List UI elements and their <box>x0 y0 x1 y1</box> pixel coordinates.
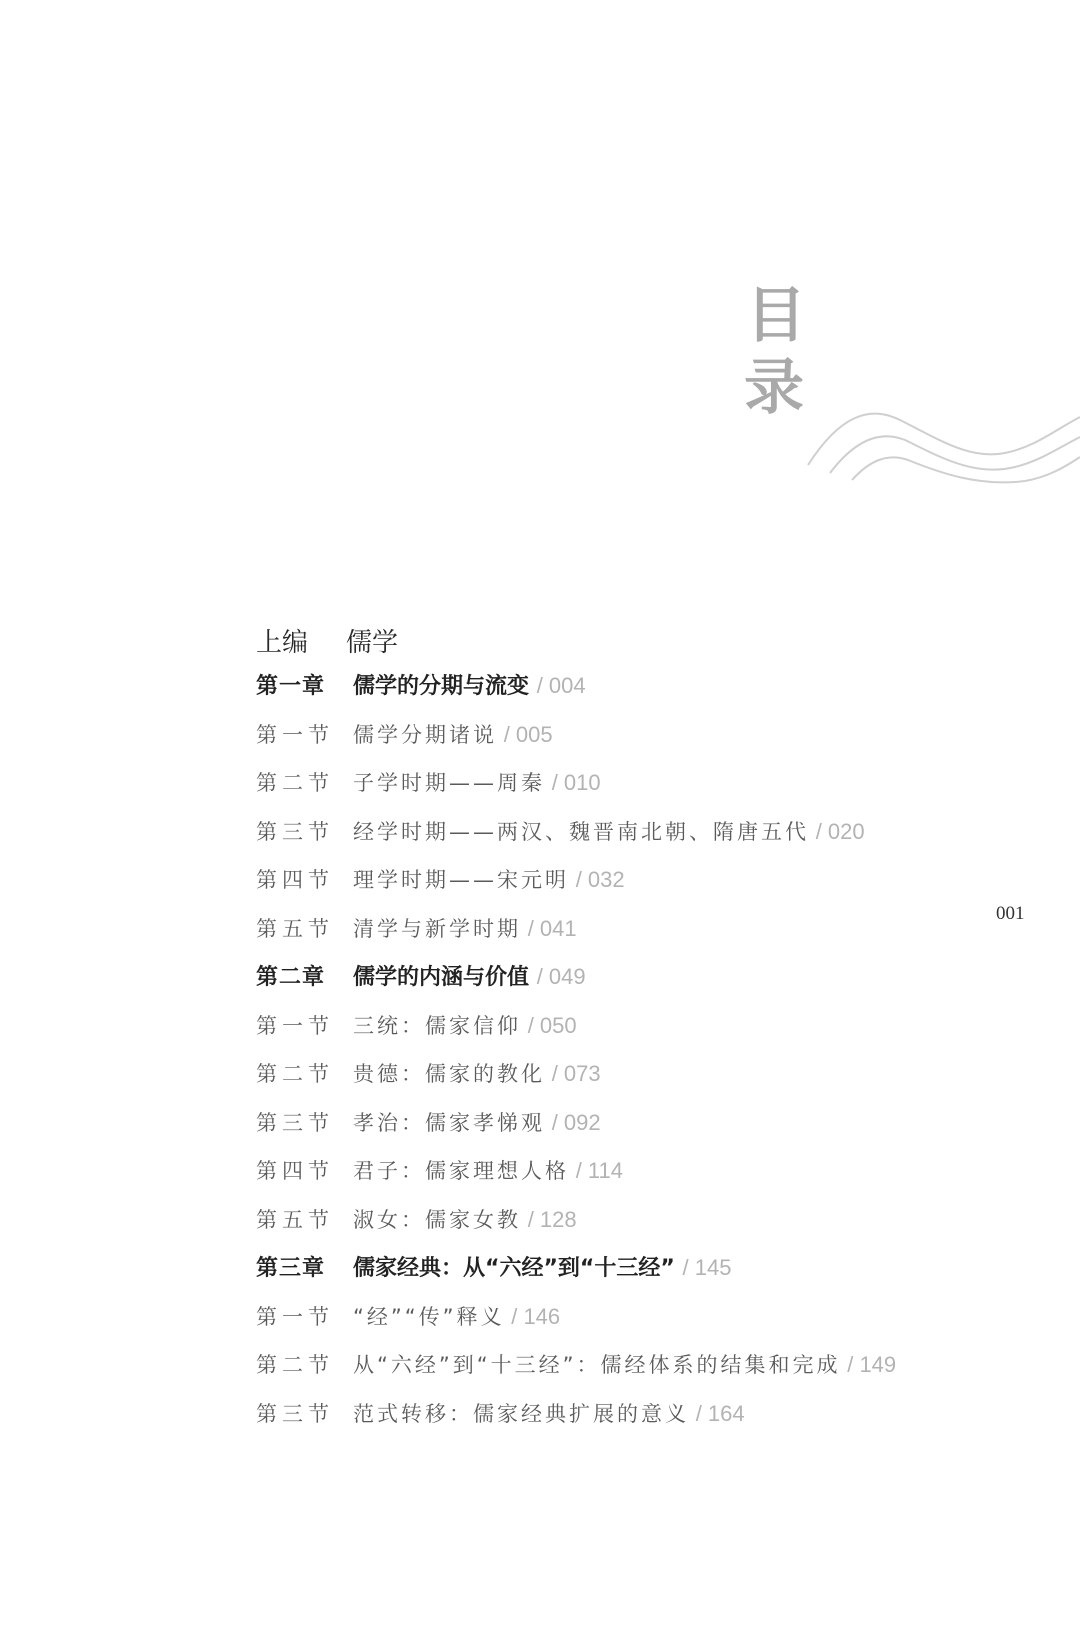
entry-label: 第一节 <box>256 720 353 750</box>
entry-label: 第五节 <box>256 914 353 944</box>
entry-page-ref: / 032 <box>576 867 625 892</box>
entry-page-ref: / 004 <box>537 673 586 698</box>
entry-title: 从“六经”到“十三经”：儒经体系的结集和完成 <box>353 1353 841 1377</box>
toc-section-entry[interactable]: 第二节子学时期——周秦 / 010 <box>256 768 601 798</box>
toc-section-entry[interactable]: 第五节清学与新学时期 / 041 <box>256 914 577 944</box>
entry-page-ref: / 149 <box>847 1352 896 1377</box>
entry-title: 清学与新学时期 <box>353 917 521 941</box>
entry-title: 经学时期——两汉、魏晋南北朝、隋唐五代 <box>353 820 809 844</box>
entry-label: 第五节 <box>256 1205 353 1235</box>
part-heading: 上编儒学 <box>256 622 398 659</box>
toc-section-entry[interactable]: 第一节三统：儒家信仰 / 050 <box>256 1011 577 1041</box>
entry-title: 理学时期——宋元明 <box>353 868 569 892</box>
entry-title: 儒学的分期与流变 <box>353 674 529 699</box>
entry-label: 第二节 <box>256 1059 353 1089</box>
entry-label: 第二章 <box>256 963 353 993</box>
entry-page-ref: / 050 <box>528 1013 577 1038</box>
toc-section-entry[interactable]: 第四节理学时期——宋元明 / 032 <box>256 865 625 895</box>
entry-title: 儒学的内涵与价值 <box>353 965 529 990</box>
entry-title: 子学时期——周秦 <box>353 771 545 795</box>
entry-label: 第四节 <box>256 865 353 895</box>
entry-page-ref: / 073 <box>552 1061 601 1086</box>
toc-section-entry[interactable]: 第三节孝治：儒家孝悌观 / 092 <box>256 1108 601 1138</box>
part-label: 上编 <box>256 622 346 659</box>
toc-section-entry[interactable]: 第五节淑女：儒家女教 / 128 <box>256 1205 577 1235</box>
entry-label: 第一节 <box>256 1011 353 1041</box>
entry-page-ref: / 092 <box>552 1110 601 1135</box>
entry-title: 范式转移：儒家经典扩展的意义 <box>353 1402 689 1426</box>
entry-page-ref: / 020 <box>816 819 865 844</box>
entry-title: 孝治：儒家孝悌观 <box>353 1111 545 1135</box>
entry-title: 贵德：儒家的教化 <box>353 1062 545 1086</box>
entry-label: 第一章 <box>256 672 353 702</box>
entry-label: 第二节 <box>256 768 353 798</box>
entry-page-ref: / 128 <box>528 1207 577 1232</box>
entry-label: 第三节 <box>256 817 353 847</box>
page-number: 001 <box>996 903 1025 925</box>
entry-page-ref: / 164 <box>696 1401 745 1426</box>
entry-title: 淑女：儒家女教 <box>353 1208 521 1232</box>
toc-section-entry[interactable]: 第一节儒学分期诸说 / 005 <box>256 720 553 750</box>
entry-label: 第二节 <box>256 1350 353 1380</box>
entry-page-ref: / 005 <box>504 722 553 747</box>
entry-title: 儒家经典：从“六经”到“十三经” <box>353 1256 675 1281</box>
entry-page-ref: / 049 <box>537 964 586 989</box>
toc-title-char-mu: 目 <box>746 286 806 346</box>
toc-chapter-entry[interactable]: 第三章儒家经典：从“六经”到“十三经” / 145 <box>256 1253 731 1283</box>
toc-section-entry[interactable]: 第二节从“六经”到“十三经”：儒经体系的结集和完成 / 149 <box>256 1350 896 1380</box>
entry-label: 第三章 <box>256 1254 353 1284</box>
entry-label: 第三节 <box>256 1399 353 1429</box>
toc-section-entry[interactable]: 第三节范式转移：儒家经典扩展的意义 / 164 <box>256 1399 745 1429</box>
entry-page-ref: / 146 <box>511 1304 560 1329</box>
entry-title: 君子：儒家理想人格 <box>353 1159 569 1183</box>
toc-section-entry[interactable]: 第四节君子：儒家理想人格 / 114 <box>256 1156 623 1186</box>
toc-section-entry[interactable]: 第一节“经”“传”释义 / 146 <box>256 1302 560 1332</box>
entry-label: 第三节 <box>256 1108 353 1138</box>
toc-section-entry[interactable]: 第二节贵德：儒家的教化 / 073 <box>256 1059 601 1089</box>
entry-label: 第一节 <box>256 1302 353 1332</box>
entry-page-ref: / 041 <box>528 916 577 941</box>
entry-page-ref: / 114 <box>576 1158 623 1183</box>
toc-section-entry[interactable]: 第三节经学时期——两汉、魏晋南北朝、隋唐五代 / 020 <box>256 817 865 847</box>
part-title: 儒学 <box>346 628 398 658</box>
toc-chapter-entry[interactable]: 第一章儒学的分期与流变 / 004 <box>256 671 586 701</box>
entry-title: 三统：儒家信仰 <box>353 1014 521 1038</box>
entry-page-ref: / 010 <box>552 770 601 795</box>
entry-label: 第四节 <box>256 1156 353 1186</box>
wave-decoration-icon <box>790 385 1080 495</box>
toc-chapter-entry[interactable]: 第二章儒学的内涵与价值 / 049 <box>256 962 586 992</box>
entry-title: “经”“传”释义 <box>353 1305 505 1329</box>
entry-page-ref: / 145 <box>683 1255 732 1280</box>
entry-title: 儒学分期诸说 <box>353 723 497 747</box>
